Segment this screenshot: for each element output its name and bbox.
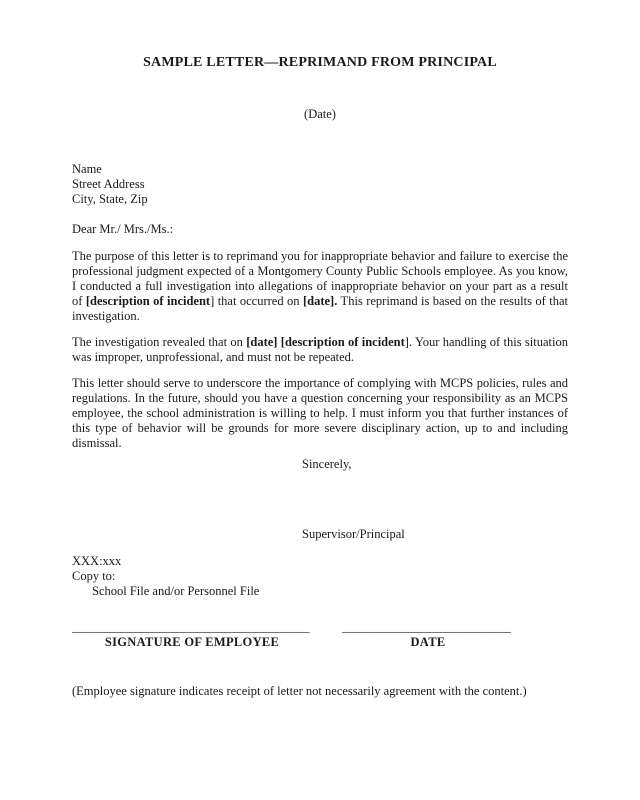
recipient-address: Name Street Address City, State, Zip <box>72 162 568 207</box>
date-signature-block: ___________________________ DATE <box>342 620 514 650</box>
paragraph-investigation: The investigation revealed that on [date… <box>72 335 568 365</box>
date-placeholder: (Date) <box>72 107 568 122</box>
date-signature-label: DATE <box>342 635 514 650</box>
employee-signature-block: ______________________________________ S… <box>72 620 312 650</box>
date-signature-line: ___________________________ <box>342 620 514 635</box>
copy-to-label: Copy to: <box>72 569 568 584</box>
salutation: Dear Mr./ Mrs./Ms.: <box>72 222 568 237</box>
closing-sincerely: Sincerely, <box>302 457 568 472</box>
employee-signature-line: ______________________________________ <box>72 620 312 635</box>
recipient-street: Street Address <box>72 177 568 192</box>
letter-title: SAMPLE LETTER—REPRIMAND FROM PRINCIPAL <box>72 55 568 71</box>
reference-initials: XXX:xxx <box>72 554 568 569</box>
paragraph-warning: This letter should serve to underscore t… <box>72 376 568 451</box>
signature-row: ______________________________________ S… <box>72 620 568 650</box>
recipient-name: Name <box>72 162 568 177</box>
employee-signature-label: SIGNATURE OF EMPLOYEE <box>72 635 312 650</box>
closing-signer-title: Supervisor/Principal <box>302 527 568 542</box>
closing-block: Sincerely, Supervisor/Principal <box>302 457 568 542</box>
recipient-city-state-zip: City, State, Zip <box>72 192 568 207</box>
copy-to-item: School File and/or Personnel File <box>92 584 568 599</box>
signature-footnote: (Employee signature indicates receipt of… <box>72 684 568 699</box>
letter-page: SAMPLE LETTER—REPRIMAND FROM PRINCIPAL (… <box>0 0 640 800</box>
paragraph-purpose: The purpose of this letter is to reprima… <box>72 249 568 324</box>
